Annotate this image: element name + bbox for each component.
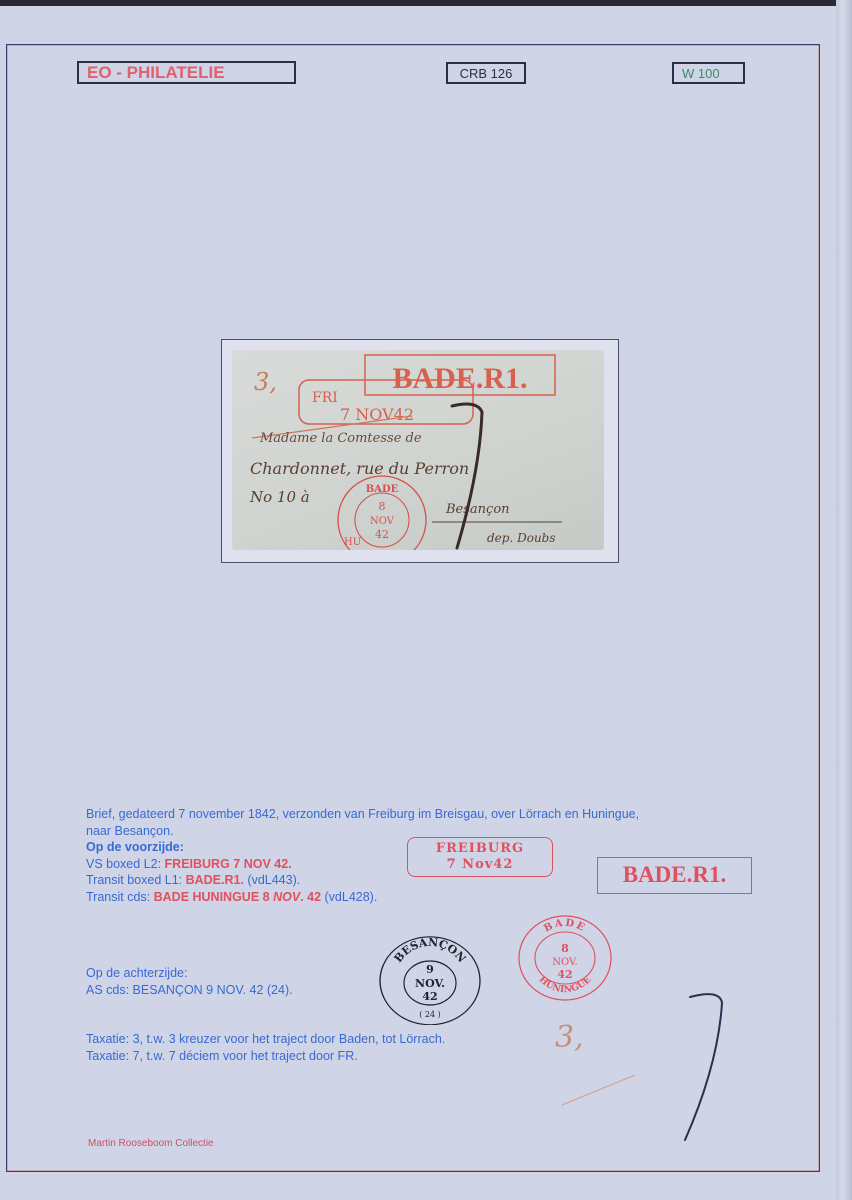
header-title: EO - PHILATELIE — [77, 61, 296, 84]
vs-label: VS boxed L2: — [86, 857, 165, 871]
svg-text:8: 8 — [379, 500, 386, 513]
as-value-c: . 42 (24) — [243, 983, 290, 997]
tax1-bold: 3 kreuzer — [169, 1032, 221, 1046]
svg-text:NOV: NOV — [370, 516, 395, 527]
as-label: AS cds: — [86, 983, 133, 997]
back-block: Op de achterzijde: AS cds: BESANÇON 9 NO… — [86, 965, 293, 998]
page-ref: W 100 — [672, 62, 745, 84]
tax2-mid: , t.w. — [140, 1049, 169, 1063]
cover-image: BADE.R1. FRI 7 NOV42 3, Madame la Comtes… — [232, 350, 604, 550]
as-end: . — [289, 983, 292, 997]
transit1-label: Transit boxed L1: — [86, 873, 186, 887]
collection-footer: Martin Rooseboom Collectie — [88, 1138, 214, 1149]
svg-text:BADE.R1.: BADE.R1. — [392, 362, 527, 395]
tax-line-2: Taxatie: 7, t.w. 7 déciem voor het traje… — [86, 1048, 445, 1065]
tax1-mid: , t.w. — [140, 1032, 169, 1046]
svg-text:HU: HU — [344, 537, 361, 548]
sheet-edge — [836, 0, 852, 1200]
taxation-block: Taxatie: 3, t.w. 3 kreuzer voor het traj… — [86, 1031, 445, 1064]
svg-text:42: 42 — [557, 968, 572, 981]
transit1-value: BADE.R1. — [186, 873, 244, 887]
svg-text:8: 8 — [561, 942, 569, 955]
svg-text:Madame la Comtesse de: Madame la Comtesse de — [259, 431, 422, 446]
bade-r1-stamp-illustration: BADE.R1. — [597, 857, 752, 894]
tax1-label: Taxatie: — [86, 1032, 133, 1046]
svg-text:Besançon: Besançon — [445, 502, 510, 517]
svg-text:42: 42 — [422, 990, 437, 1003]
catalog-ref: CRB 126 — [446, 62, 526, 84]
as-line: AS cds: BESANÇON 9 NOV. 42 (24). — [86, 982, 293, 999]
tax1-num: 3 — [133, 1032, 140, 1046]
svg-text:42: 42 — [375, 528, 389, 541]
svg-text:3,: 3, — [254, 368, 277, 396]
svg-text:dep. Doubs: dep. Doubs — [487, 531, 556, 545]
freiburg-stamp-illustration: FREIBURG 7 Nov42 — [407, 837, 553, 877]
tax2-bold: 7 déciem — [169, 1049, 220, 1063]
tax2-rest: voor het traject door FR. — [219, 1049, 357, 1063]
tax1-rest: voor het traject door Baden, tot Lörrach… — [221, 1032, 445, 1046]
tax-7-stroke — [685, 994, 722, 1140]
svg-text:NOV.: NOV. — [415, 977, 445, 990]
tax-line-1: Taxatie: 3, t.w. 3 kreuzer voor het traj… — [86, 1031, 445, 1048]
freiburg-line-2: 7 Nov42 — [408, 857, 552, 873]
besancon-cds-illustration: BESANÇON 9 NOV. 42 ( 24 ) — [377, 935, 483, 1025]
cover-drawing: BADE.R1. FRI 7 NOV42 3, Madame la Comtes… — [232, 350, 604, 550]
as-value-b: NOV — [217, 983, 243, 997]
as-value-a: BESANÇON 9 — [133, 983, 217, 997]
svg-text:NOV.: NOV. — [552, 957, 577, 968]
tax2-label: Taxatie: — [86, 1049, 133, 1063]
tax2-num: 7 — [133, 1049, 140, 1063]
svg-text:3,: 3, — [555, 1020, 584, 1055]
svg-text:BADE: BADE — [366, 484, 399, 495]
svg-text:No 10 à: No 10 à — [249, 488, 310, 506]
intro-line-1: Brief, gedateerd 7 november 1842, verzon… — [86, 806, 766, 823]
tax-3-underline — [562, 1075, 635, 1105]
transit2-value-b: NOV — [273, 890, 300, 904]
svg-text:Chardonnet, rue du Perron: Chardonnet, rue du Perron — [250, 459, 469, 478]
transit2-value-c: . 42 — [300, 890, 321, 904]
vs-value: FREIBURG 7 NOV 42. — [165, 857, 292, 871]
manuscript-tax-illustrations: 3, — [550, 985, 770, 1145]
transit1-ref: (vdL443). — [244, 873, 300, 887]
transit2-value-a: BADE HUNINGUE 8 — [154, 890, 273, 904]
transit2-label: Transit cds: — [86, 890, 154, 904]
svg-text:( 24 ): ( 24 ) — [419, 1010, 441, 1019]
back-heading: Op de achterzijde: — [86, 965, 293, 982]
svg-text:FRI: FRI — [312, 390, 338, 406]
freiburg-line-1: FREIBURG — [408, 841, 552, 857]
transit2-ref: (vdL428). — [321, 890, 377, 904]
svg-text:9: 9 — [426, 963, 434, 976]
